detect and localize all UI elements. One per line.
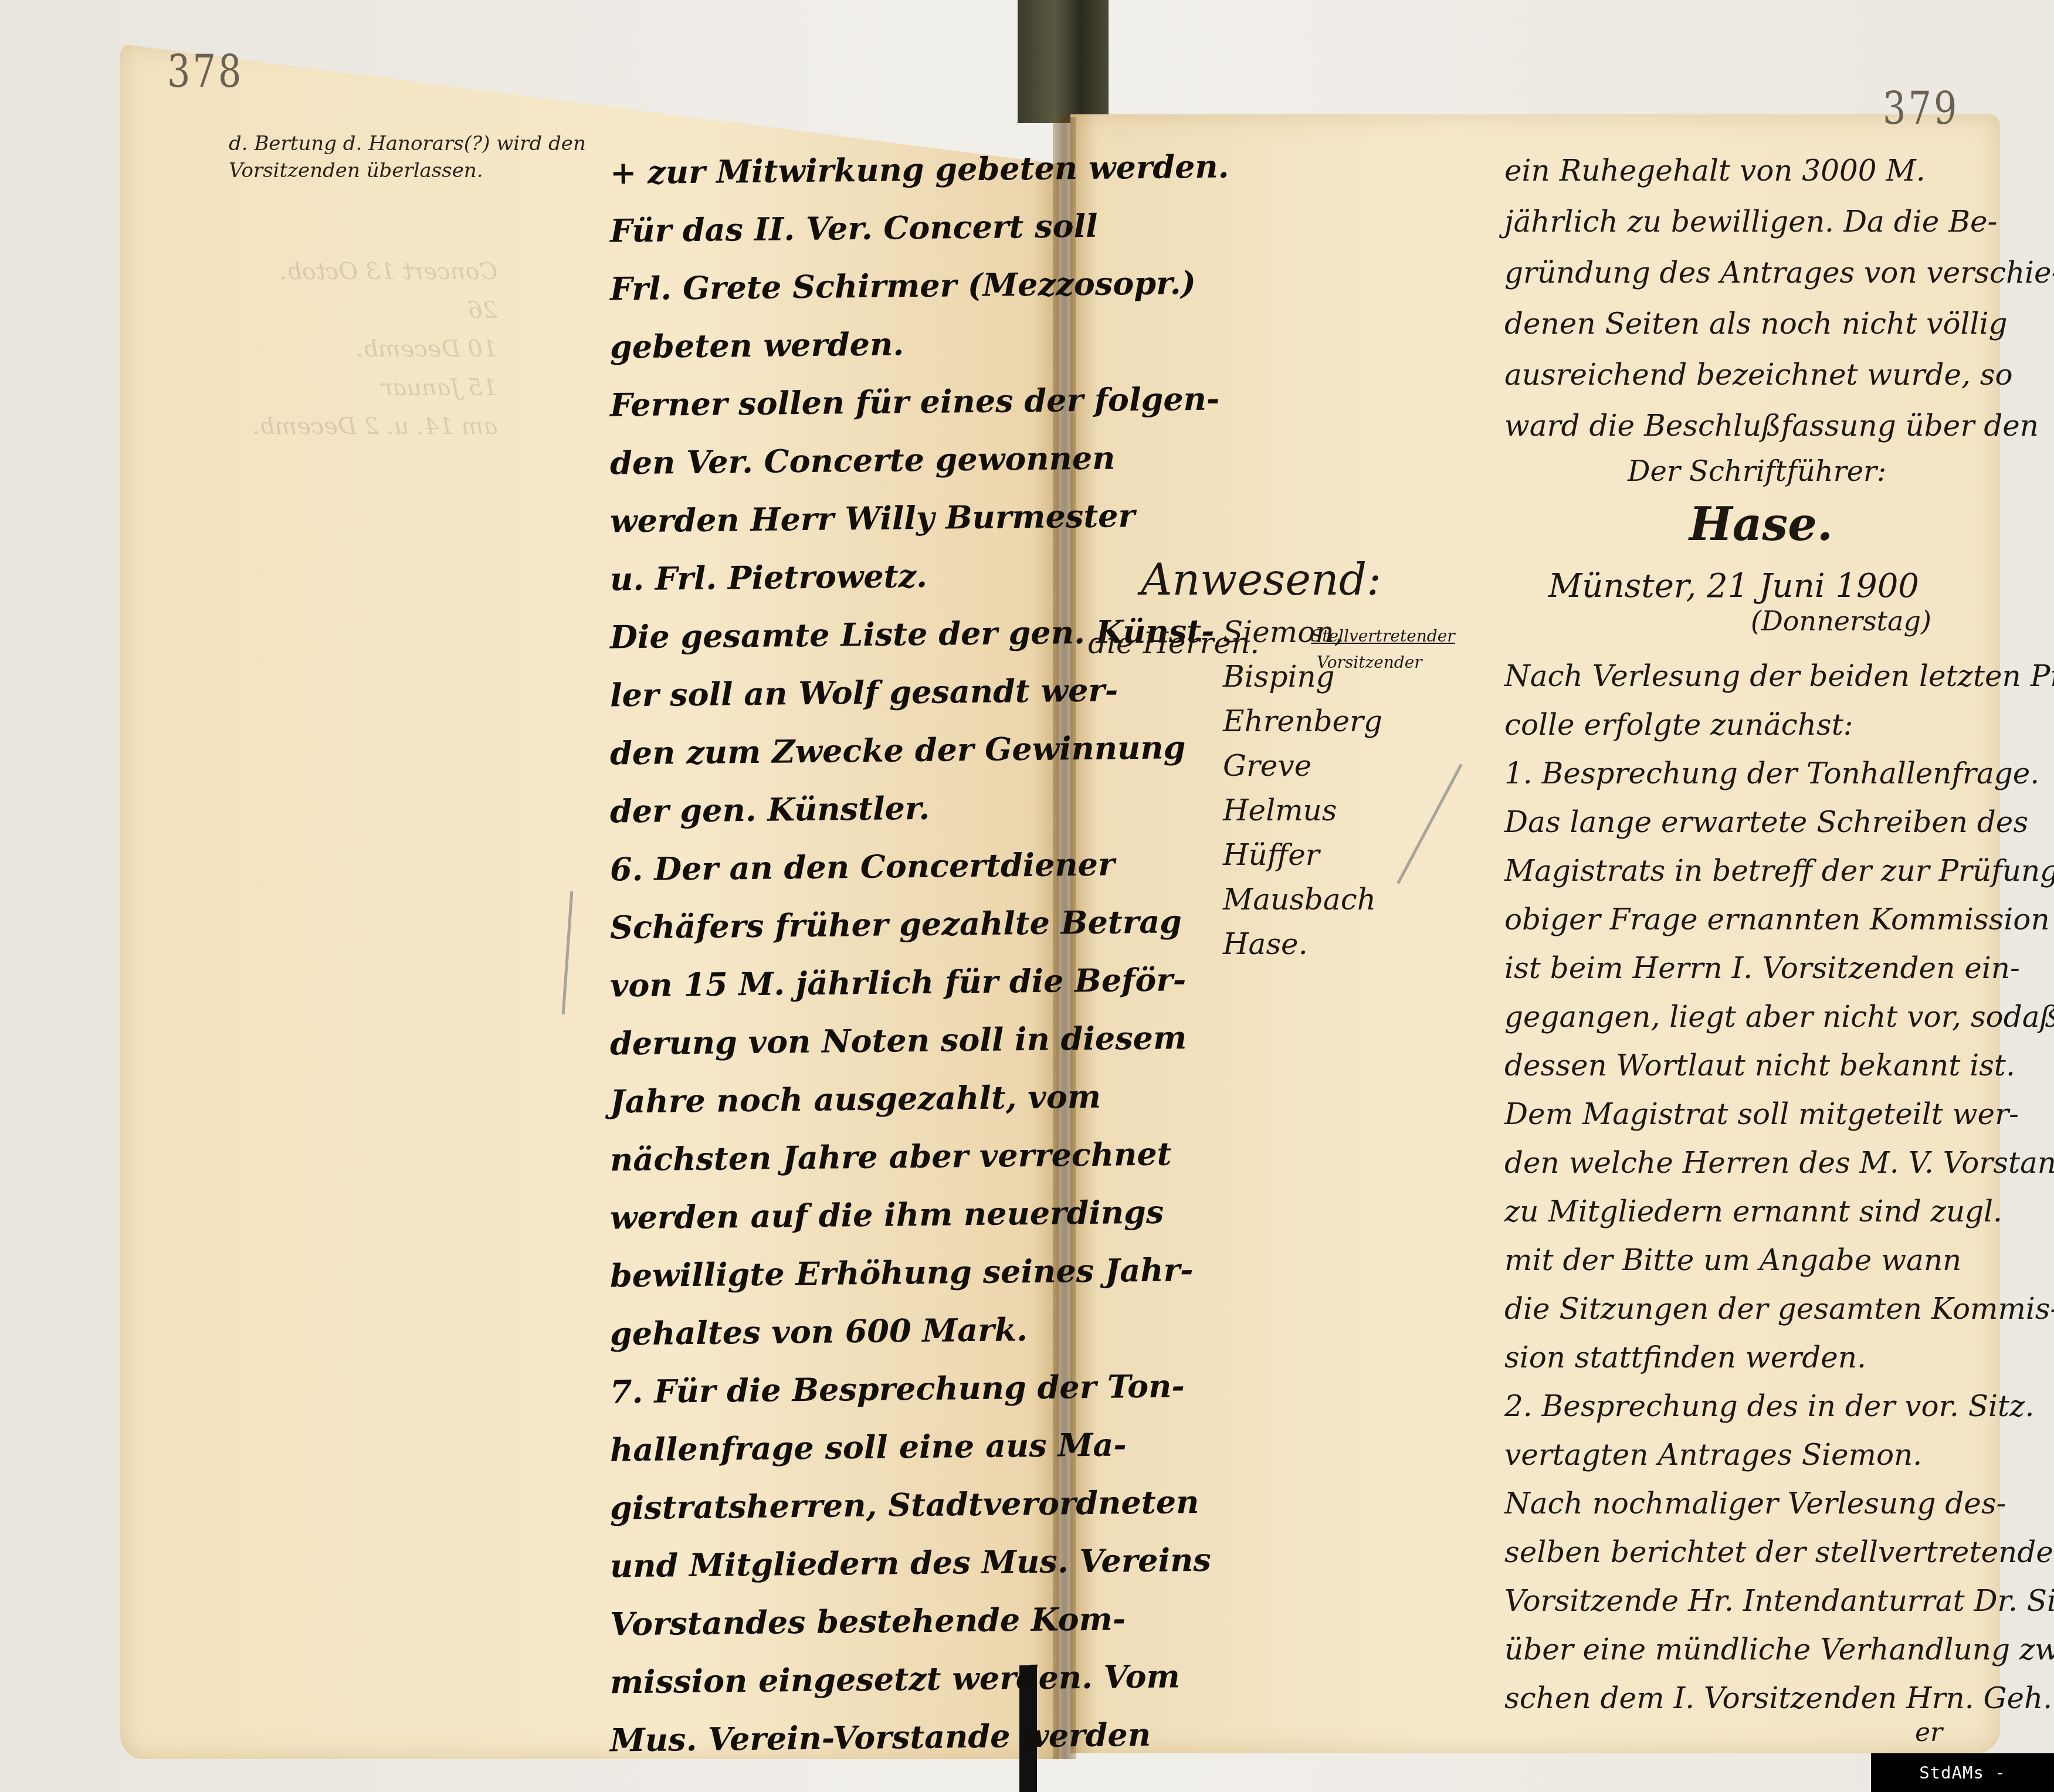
line: den welche Herren des M. V. Vorstandes [1504,1139,2054,1187]
line: der gen. Künstler. [610,776,1229,840]
bleed-through-text: Concert 13 Octob. 26 10 Decemb. 15 Janua… [252,252,497,446]
line: vertagten Antrages Siemon. [1504,1431,2054,1479]
attendee: Helmus [1223,788,1382,833]
line: bewilligte Erhöhung seines Jahr- [610,1240,1229,1305]
line: Jahre noch ausgezahlt, vom [610,1066,1229,1131]
line: gistratsherren, Stadtverordneten [610,1472,1229,1537]
attendee: Siemon, [1223,610,1382,654]
line: mit der Bitte um Angabe wann [1504,1236,2054,1285]
attendee: Hüffer [1223,833,1382,877]
line: Frl. Grete Schirmer (Mezzosopr.) [610,253,1229,318]
attendee: Mausbach [1223,877,1382,922]
weekday: (Donnerstag) [1751,592,1931,650]
attendance-title: Anwesend: [1141,551,1381,609]
line: den Ver. Concerte gewonnen [610,427,1229,492]
line: sion stattfinden werden. [1504,1333,2054,1382]
line: gegangen, liegt aber nicht vor, sodaß [1504,993,2054,1041]
line: 6. Der an den Concertdiener [610,834,1229,898]
attendee-names: Siemon, Bisping Ehrenberg Greve Helmus H… [1223,610,1382,668]
line: den zum Zwecke der Gewinnung [610,718,1229,782]
attendee: Bisping [1223,654,1382,699]
line: werden auf die ihm neuerdings [610,1182,1229,1247]
line: selben berichtet der stellvertretende [1504,1528,2054,1577]
line: 7. Für die Besprechung der Ton- [610,1356,1229,1421]
line: gehaltes von 600 Mark. [610,1298,1229,1363]
signature: Hase. [1689,495,1833,554]
line: Schäfers früher gezahlte Betrag [610,892,1229,956]
line: Magistrats in betreff der zur Prüfung [1504,847,2054,895]
attendee: Hase. [1223,922,1382,966]
line: 1. Besprechung der Tonhallenfrage. [1504,749,2054,798]
line: von 15 M. jährlich für die Beför- [610,950,1229,1014]
line: ein Ruhegehalt von 3000 M. [1504,145,2054,196]
line: und Mitgliedern des Mus. Vereins [610,1530,1229,1595]
line: die Sitzungen der gesamten Kommis- [1504,1285,2054,1333]
attendee: Greve [1223,744,1382,788]
line: jährlich zu bewilligen. Da die Be- [1504,196,2054,247]
catalog-label: StdAMs - MV_004_627 [1871,1753,2054,1792]
line: Ferner sollen für eines der folgen- [610,369,1229,434]
page-number-left: 378 [167,45,243,98]
line: Dem Magistrat soll mitgeteilt wer- [1504,1090,2054,1139]
line: colle erfolgte zunächst: [1504,701,2054,749]
left-page-body: + zur Mitwirkung gebeten werden. Für das… [610,141,1229,1766]
line: 2. Besprechung des in der vor. Sitz. [1504,1382,2054,1431]
line: gründung des Antrages von verschie- [1504,247,2054,298]
line: ist beim Herrn I. Vorsitzenden ein- [1504,944,2054,993]
right-page-continuation: ein Ruhegehalt von 3000 M. jährlich zu b… [1504,145,2054,452]
right-page-new-minutes: Nach Verlesung der beiden letzten Proto-… [1504,652,2054,1723]
line: Mus. Verein-Vorstande werden [610,1705,1229,1769]
line: dessen Wortlaut nicht bekannt ist. [1504,1041,2054,1090]
line: hallenfrage soll eine aus Ma- [610,1414,1229,1479]
line: gebeten werden. [610,311,1229,376]
line: schen dem I. Vorsitzenden Hrn. Geh. [1504,1674,2054,1723]
attendee: Ehrenberg [1223,699,1382,744]
line: nächsten Jahre aber verrechnet [610,1124,1229,1189]
book-spine [1018,0,1109,123]
line: obiger Frage ernannten Kommission [1504,895,2054,944]
line: über eine mündliche Verhandlung zwi- [1504,1625,2054,1674]
line: u. Frl. Pietrowetz. [610,544,1229,608]
line: denen Seiten als noch nicht völlig [1504,298,2054,349]
page-number-right: 379 [1883,82,1959,135]
line: Das lange erwartete Schreiben des [1504,798,2054,847]
line: Nach Verlesung der beiden letzten Proto- [1504,652,2054,701]
line: werden Herr Willy Burmester [610,486,1229,550]
line: Nach nochmaliger Verlesung des- [1504,1479,2054,1528]
line: mission eingesetzt werden. Vom [610,1647,1229,1711]
line: derung von Noten soll in diesem [610,1008,1229,1073]
line: + zur Mitwirkung gebeten werden. [610,137,1229,202]
margin-note: d. Bertung d. Hanorars(?) wird den Vorsi… [229,130,586,184]
signature-label: Der Schriftführer: [1628,443,1886,501]
line: ausreichend bezeichnet wurde, so [1504,349,2054,401]
line: Vorstandes bestehende Kom- [610,1589,1229,1653]
line: Für das II. Ver. Concert soll [610,195,1229,260]
line: zu Mitgliedern ernannt sind zugl. [1504,1187,2054,1236]
line: Vorsitzende Hr. Intendanturrat Dr. Siemo… [1504,1577,2054,1625]
